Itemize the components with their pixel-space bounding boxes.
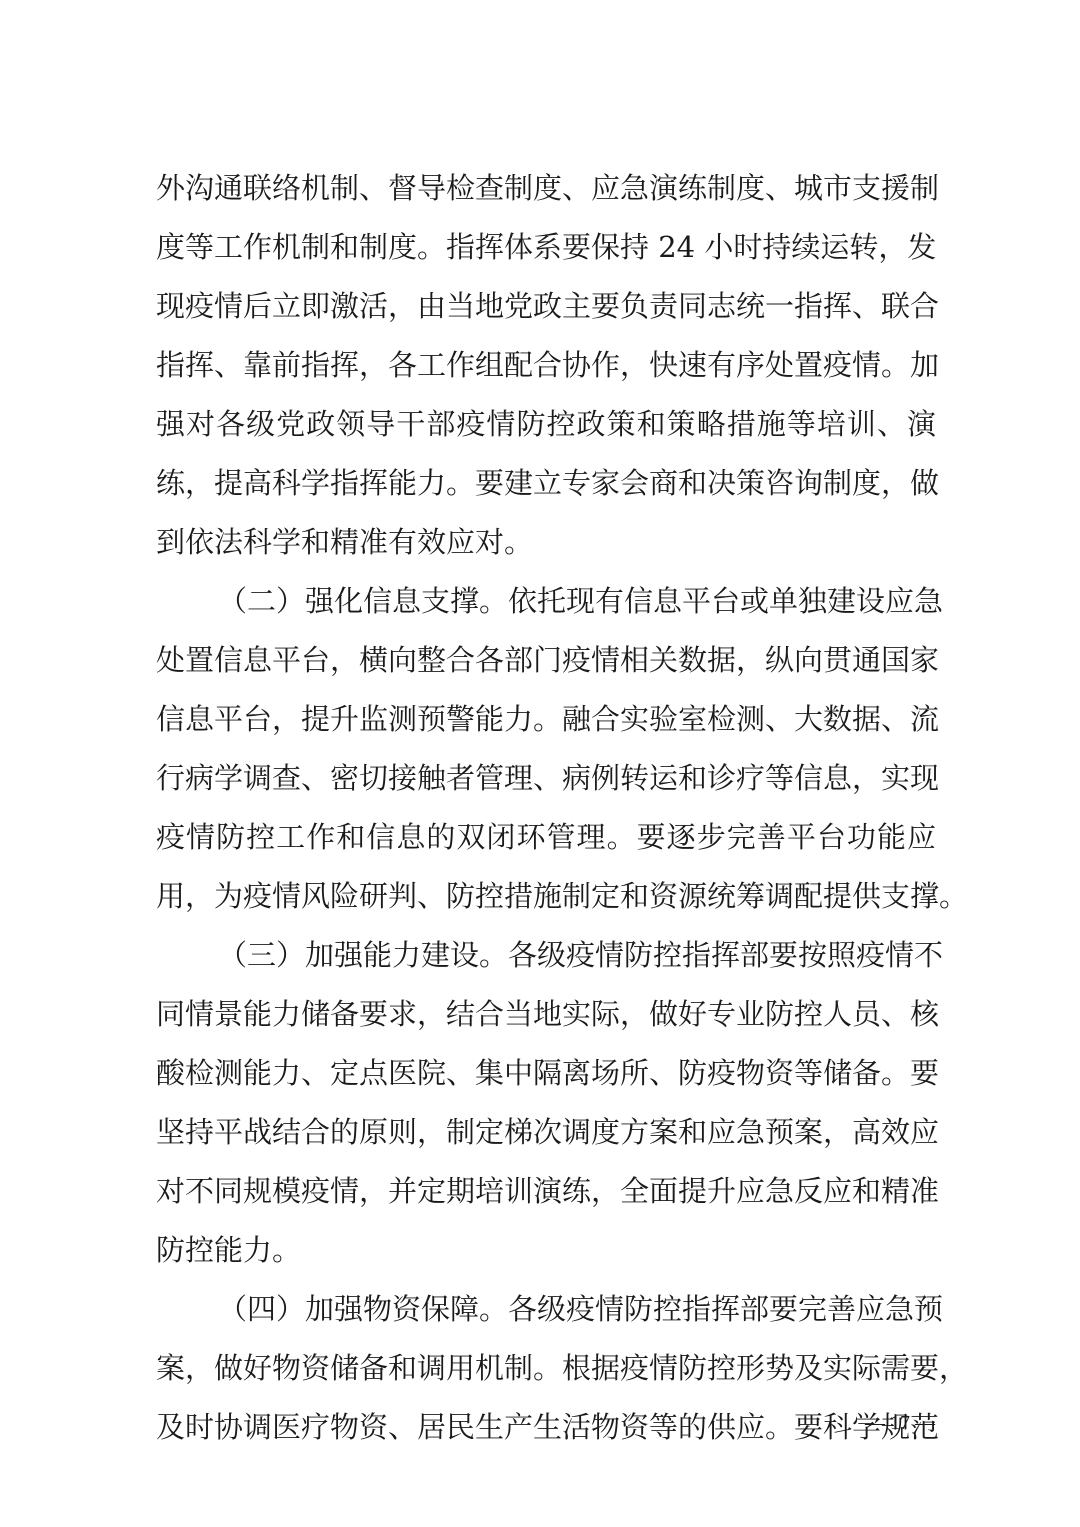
text-line: 外沟通联络机制、督导检查制度、应急演练制度、城市支援制 [156, 163, 936, 213]
section-heading-line: （二）强化信息支撑。依托现有信息平台或单独建设应急 [218, 576, 936, 626]
section-heading-line: （三）加强能力建设。各级疫情防控指挥部要按照疫情不 [218, 930, 936, 980]
text-line: 疫情防控工作和信息的双闭环管理。要逐步完善平台功能应 [156, 812, 936, 862]
text-line: 案，做好物资储备和调用机制。根据疫情防控形势及实际需要， [156, 1343, 936, 1393]
text-line: 信息平台，提升监测预警能力。融合实验室检测、大数据、流 [156, 694, 936, 744]
document-page: 外沟通联络机制、督导检查制度、应急演练制度、城市支援制 度等工作机制和制度。指挥… [0, 0, 1080, 1527]
text-line: 及时协调医疗物资、居民生产生活物资等的供应。要科学规范 [156, 1402, 936, 1452]
text-line: 强对各级党政领导干部疫情防控政策和策略措施等培训、演 [156, 399, 936, 449]
text-line: 处置信息平台，横向整合各部门疫情相关数据，纵向贯通国家 [156, 635, 936, 685]
text-line: 用，为疫情风险研判、防控措施制定和资源统筹调配提供支撑。 [156, 871, 936, 921]
text-line: 度等工作机制和制度。指挥体系要保持 24 小时持续运转，发 [156, 222, 936, 272]
text-line: 到依法科学和精准有效应对。 [156, 517, 936, 567]
text-line: 练，提高科学指挥能力。要建立专家会商和决策咨询制度，做 [156, 458, 936, 508]
section-heading-line: （四）加强物资保障。各级疫情防控指挥部要完善应急预 [218, 1284, 936, 1334]
text-line: 酸检测能力、定点医院、集中隔离场所、防疫物资等储备。要 [156, 1048, 936, 1098]
text-line: 指挥、靠前指挥，各工作组配合协作，快速有序处置疫情。加 [156, 340, 936, 390]
text-line: 行病学调查、密切接触者管理、病例转运和诊疗等信息，实现 [156, 753, 936, 803]
text-line: 对不同规模疫情，并定期培训演练，全面提升应急反应和精准 [156, 1166, 936, 1216]
text-line: 现疫情后立即激活，由当地党政主要负责同志统一指挥、联合 [156, 281, 936, 331]
text-line: 防控能力。 [156, 1225, 936, 1275]
page-number: — 17 — [860, 1412, 940, 1435]
text-line: 坚持平战结合的原则，制定梯次调度方案和应急预案，高效应 [156, 1107, 936, 1157]
text-line: 同情景能力储备要求，结合当地实际，做好专业防控人员、核 [156, 989, 936, 1039]
